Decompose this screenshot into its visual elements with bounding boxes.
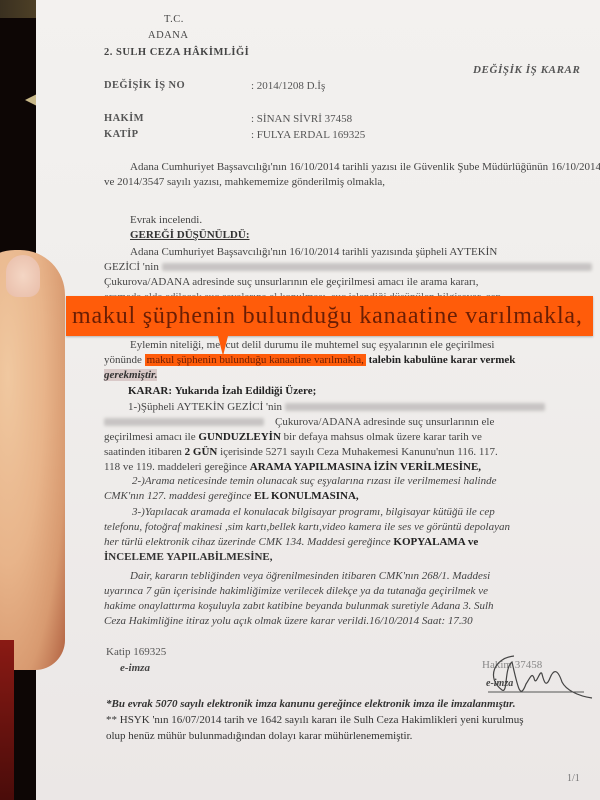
thumb-nail [6, 255, 40, 297]
field-value-case-no: : 2014/1208 D.İş [251, 80, 325, 92]
karar-1-line3: geçirilmesi amacı ile GUNDUZLEYİN bir de… [104, 431, 482, 443]
redacted-address [162, 263, 592, 271]
hand-thumb [0, 250, 65, 670]
karar-1-line2: Çukurova/ADANA adresinde suç unsurlarını… [104, 416, 494, 428]
highlighted-phrase: makul şüphenin bulunduğu kanaatine varıl… [145, 354, 366, 366]
karar-heading: KARAR: Yukarıda İzah Edildiği Üzere; [128, 385, 316, 397]
background-red-fabric [0, 640, 14, 800]
field-value-judge: : SİNAN SİVRİ 37458 [251, 113, 352, 125]
paragraph-evrak: Evrak incelendi. [130, 214, 202, 226]
karar-3-line2: telefonu, fotoğraf makinesi ,sim kartı,b… [104, 521, 510, 533]
karar-3-line4: İNCELEME YAPILABİLMESİNE, [104, 551, 273, 563]
karar-3-line1: 3-)Yapılacak aramada el konulacak bilgis… [132, 506, 495, 518]
paragraph-intro: Adana Cumhuriyet Başsavcılığı'nın 16/10/… [104, 160, 600, 190]
field-label-judge: HAKİM [104, 113, 144, 124]
field-value-clerk: : FULYA ERDAL 169325 [251, 129, 365, 141]
callout-pointer [218, 336, 228, 356]
paragraph-4-line2: yönünde makul şüphenin bulunduğu kanaati… [104, 354, 515, 366]
paragraph-3-line3: Çukurova/ADANA adresinde suç unsurlarını… [104, 276, 478, 288]
karar-1-line4: saatinden itibaren 2 GÜN içerisinde 5271… [104, 446, 498, 458]
karar-3-line3: her türlü elektronik cihaz üzerinde CMK … [104, 536, 478, 548]
dair-line1: Dair, kararın tebliğinden veya öğrenilme… [130, 570, 490, 582]
paragraph-4-line3: gerekmiştir. [104, 369, 157, 381]
page-number: 1/1 [567, 773, 580, 784]
paragraph-3-line1: Adana Cumhuriyet Başsavcılığı'nın 16/10/… [130, 246, 497, 258]
karar-1-line5: 118 ve 119. maddeleri gereğince ARAMA YA… [104, 461, 481, 473]
header-court: 2. SULH CEZA HÂKİMLİĞİ [104, 47, 249, 58]
karar-2-line1: 2-)Arama neticesinde temin olunacak suç … [132, 475, 496, 487]
footnote-3: olup henüz mühür bulunmadığından dolayı … [106, 730, 412, 742]
header-tc: T.C. [164, 14, 184, 25]
header-city: ADANA [148, 30, 188, 41]
court-document-page: T.C. ADANA 2. SULH CEZA HÂKİMLİĞİ DEĞİŞİ… [36, 0, 600, 800]
karar-1-line1: 1-)Şüpheli AYTEKİN GEZİCİ 'nin [128, 401, 545, 413]
paragraph-4-line1: Eylemin niteliği, mevcut delil durumu il… [130, 339, 494, 351]
dair-line2: uyarınca 7 gün içerisinde hakimliğimize … [104, 585, 488, 597]
dair-line3: hakime onaylattırma koşuluyla zabıt kati… [104, 600, 494, 612]
redacted-address [285, 403, 545, 411]
document-type: DEĞİŞİK İŞ KARAR [473, 64, 580, 76]
signature-clerk: Katip 169325 [106, 646, 166, 658]
karar-2-line2: CMK'nın 127. maddesi gereğince EL KONULM… [104, 490, 359, 502]
heading-geregi: GEREĞİ DÜŞÜNÜLDÜ: [130, 229, 250, 241]
paragraph-3-line2: GEZİCİ 'nin [104, 261, 592, 273]
footnote-1: *Bu evrak 5070 sayılı elektronik imza ka… [106, 698, 515, 710]
redacted-address [104, 418, 264, 426]
signature-clerk-esign: e-imza [120, 662, 150, 674]
field-label-clerk: KATİP [104, 129, 138, 140]
dair-line4: Ceza Hakimliğine itiraz yolu açık olmak … [104, 615, 473, 627]
field-label-case-no: DEĞİŞİK İŞ NO [104, 80, 185, 91]
footnote-2: ** HSYK 'nın 16/07/2014 tarih ve 1642 sa… [106, 714, 523, 726]
highlight-callout: makul şüphenin bulunduğu kanaatine varıl… [66, 296, 593, 336]
